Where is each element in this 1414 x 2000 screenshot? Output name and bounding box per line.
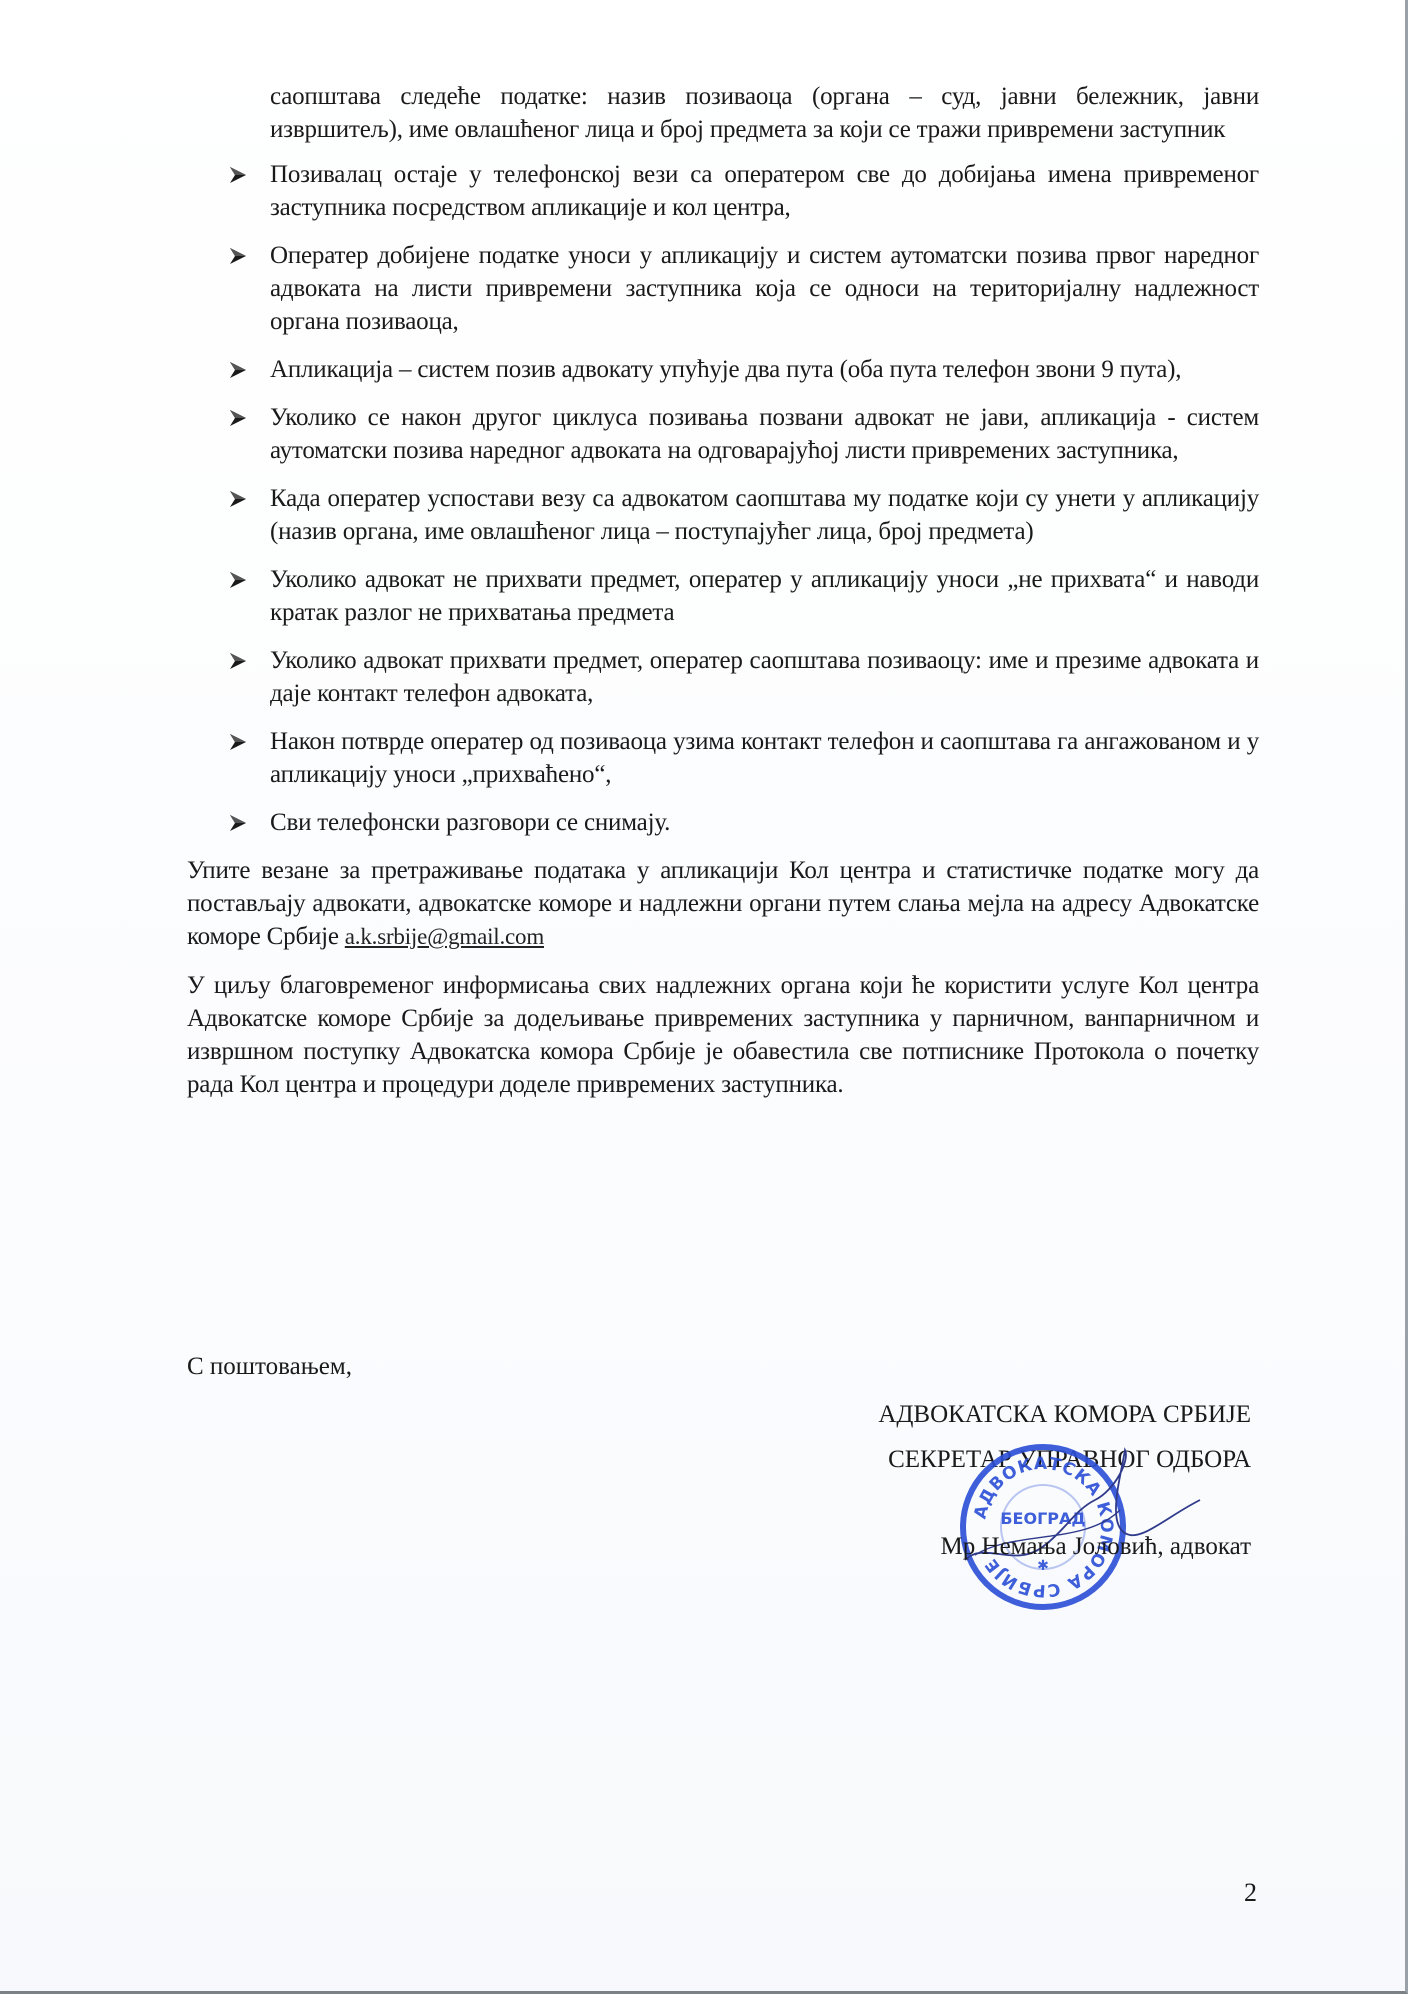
arrow-bullet-icon bbox=[229, 490, 247, 508]
page-number: 2 bbox=[1244, 1878, 1257, 1908]
list-item-text: Након потврде оператер од позиваоца узим… bbox=[270, 728, 1259, 788]
procedure-list: Позивалац остаје у телефонској вези са о… bbox=[187, 158, 1259, 839]
list-item: Након потврде оператер од позиваоца узим… bbox=[187, 725, 1259, 791]
list-item: Позивалац остаје у телефонској вези са о… bbox=[187, 158, 1259, 224]
arrow-bullet-icon bbox=[229, 247, 247, 265]
handwritten-signature-icon bbox=[955, 1440, 1205, 1590]
list-item: Уколико адвокат не прихвати предмет, опе… bbox=[187, 563, 1259, 629]
signatory-name: Мр Немања Јоловић, адвокат bbox=[941, 1533, 1251, 1561]
arrow-bullet-icon bbox=[229, 733, 247, 751]
list-item-text: Када оператер успостави везу са адвокато… bbox=[270, 485, 1259, 545]
document-body: саопштава следеће податке: назив позивао… bbox=[187, 80, 1259, 1117]
list-item: Сви телефонски разговори се снимају. bbox=[187, 806, 1259, 839]
list-item-text: Сви телефонски разговори се снимају. bbox=[270, 809, 670, 836]
list-item-text: Позивалац остаје у телефонској вези са о… bbox=[270, 161, 1259, 221]
signature-organization: АДВОКАТСКА КОМОРА СРБИЈЕ bbox=[878, 1392, 1251, 1437]
arrow-bullet-icon bbox=[229, 814, 247, 832]
list-item: Када оператер успостави везу са адвокато… bbox=[187, 482, 1259, 548]
notice-paragraph: У циљу благовременог информисања свих на… bbox=[187, 969, 1259, 1101]
list-item: Апликација – систем позив адвокату упућу… bbox=[187, 353, 1259, 386]
list-item-text: Уколико се након другог циклуса позивања… bbox=[270, 404, 1259, 464]
list-item-text: Уколико адвокат прихвати предмет, операт… bbox=[270, 647, 1259, 707]
list-item: Уколико адвокат прихвати предмет, операт… bbox=[187, 644, 1259, 710]
arrow-bullet-icon bbox=[229, 166, 247, 184]
arrow-bullet-icon bbox=[229, 571, 247, 589]
continuation-paragraph: саопштава следеће податке: назив позивао… bbox=[270, 80, 1259, 146]
arrow-bullet-icon bbox=[229, 409, 247, 427]
list-item-text: Уколико адвокат не прихвати предмет, опе… bbox=[270, 566, 1259, 626]
arrow-bullet-icon bbox=[229, 652, 247, 670]
email-link[interactable]: a.k.srbije@gmail.com bbox=[345, 924, 544, 949]
list-item-text: Апликација – систем позив адвокату упућу… bbox=[270, 356, 1181, 383]
list-item: Уколико се након другог циклуса позивања… bbox=[187, 401, 1259, 467]
list-item-text: Оператер добијене податке уноси у аплика… bbox=[270, 242, 1259, 335]
closing-salutation: С поштовањем, bbox=[187, 1353, 352, 1381]
arrow-bullet-icon bbox=[229, 361, 247, 379]
document-page: саопштава следеће податке: назив позивао… bbox=[0, 0, 1408, 1994]
inquiries-paragraph: Упите везане за претраживање података у … bbox=[187, 854, 1259, 953]
list-item: Оператер добијене податке уноси у аплика… bbox=[187, 239, 1259, 338]
